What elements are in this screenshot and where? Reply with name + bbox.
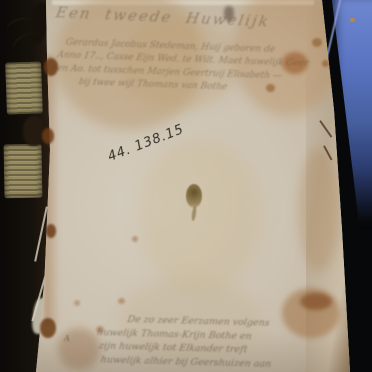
rust-dot bbox=[74, 300, 80, 306]
binding-tape-top bbox=[5, 61, 43, 114]
rust-chunk bbox=[42, 128, 54, 144]
orange-speck bbox=[350, 18, 355, 22]
stain-wash-center bbox=[138, 138, 262, 292]
spine-leather-remnant bbox=[23, 116, 45, 146]
rust-dot bbox=[132, 236, 138, 242]
rust-chunk bbox=[46, 224, 56, 238]
rust-chunk bbox=[44, 58, 58, 76]
brown-stain-core bbox=[300, 293, 332, 310]
page-bottom-shading bbox=[0, 330, 372, 372]
binding-tape-bottom bbox=[4, 144, 43, 199]
rust-dot bbox=[118, 298, 125, 304]
book-page: Een tweede Huwelijk Gerardus Jacobus Ste… bbox=[0, 0, 372, 372]
rust-chunk bbox=[40, 318, 56, 338]
olive-ink-blot bbox=[186, 184, 202, 208]
stain-wash-right-mid bbox=[298, 148, 340, 272]
handwritten-paragraph-top: Gerardus Jacobus Stedeman, Huij geboren … bbox=[48, 36, 329, 97]
photo-scene: Een tweede Huwelijk Gerardus Jacobus Ste… bbox=[0, 0, 372, 372]
